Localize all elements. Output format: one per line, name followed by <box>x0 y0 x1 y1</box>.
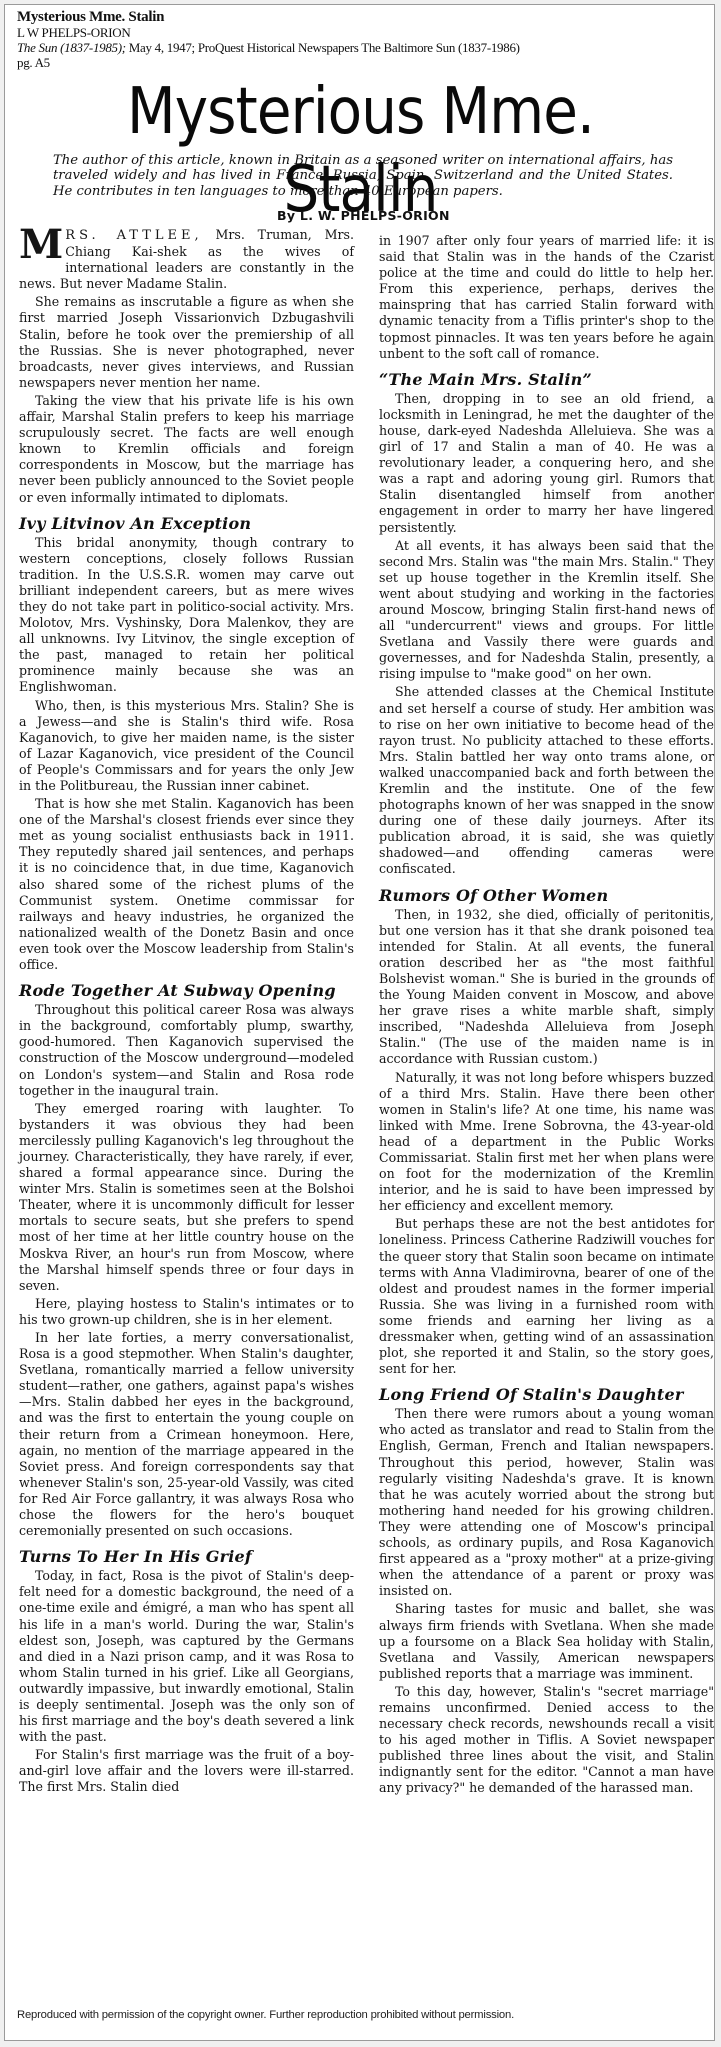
article-byline: By L. W. PHELPS-ORION <box>277 208 450 223</box>
document-page: Mysterious Mme. Stalin L W PHELPS-ORION … <box>4 4 715 2041</box>
article-column-right: in 1907 after only four years of married… <box>379 233 714 1799</box>
paragraph: Then there were rumors about a young wom… <box>379 1406 714 1599</box>
paragraph: That is how she met Stalin. Kaganovich h… <box>19 796 354 973</box>
paragraph: She remains as inscrutable a figure as w… <box>19 294 354 391</box>
lead-smallcaps: RS. ATTLEE, <box>65 228 202 243</box>
citation-author: L W PHELPS-ORION <box>17 25 520 40</box>
paragraph: Naturally, it was not long before whispe… <box>379 1070 714 1215</box>
paragraph: Then, dropping in to see an old friend, … <box>379 391 714 536</box>
article-column-left: MRS. ATTLEE, Mrs. Truman, Mrs. Chiang Ka… <box>19 227 354 1798</box>
subheading: Rode Together At Subway Opening <box>19 981 354 1000</box>
paragraph: To this day, however, Stalin's "secret m… <box>379 1684 714 1797</box>
citation-source: The Sun (1837-1985); May 4, 1947; ProQue… <box>17 40 520 55</box>
citation-title: Mysterious Mme. Stalin <box>17 9 520 25</box>
copyright-notice: Reproduced with permission of the copyri… <box>17 2009 514 2021</box>
paragraph: Here, playing hostess to Stalin's intima… <box>19 1296 354 1328</box>
paragraph: Who, then, is this mysterious Mrs. Stali… <box>19 698 354 795</box>
citation-page: pg. A5 <box>17 55 520 70</box>
subheading: “The Main Mrs. Stalin” <box>379 370 714 389</box>
paragraph: in 1907 after only four years of married… <box>379 233 714 362</box>
citation-source-details: May 4, 1947; ProQuest Historical Newspap… <box>126 40 520 55</box>
paragraph: Throughout this political career Rosa wa… <box>19 1002 354 1099</box>
lead-paragraph: MRS. ATTLEE, Mrs. Truman, Mrs. Chiang Ka… <box>19 227 354 292</box>
citation-block: Mysterious Mme. Stalin L W PHELPS-ORION … <box>17 9 520 70</box>
paragraph: For Stalin's first marriage was the frui… <box>19 1747 354 1795</box>
subheading: Ivy Litvinov An Exception <box>19 514 354 533</box>
paragraph: She attended classes at the Chemical Ins… <box>379 684 714 877</box>
article-headline: Mysterious Mme. Stalin <box>48 73 674 229</box>
paragraph: They emerged roaring with laughter. To b… <box>19 1101 354 1294</box>
subheading: Rumors Of Other Women <box>379 886 714 905</box>
paragraph: Today, in fact, Rosa is the pivot of Sta… <box>19 1568 354 1745</box>
subheading: Long Friend Of Stalin's Daughter <box>379 1385 714 1404</box>
drop-cap: M <box>19 229 63 261</box>
paragraph: Sharing tastes for music and ballet, she… <box>379 1601 714 1681</box>
paragraph: But perhaps these are not the best antid… <box>379 1216 714 1377</box>
paragraph: This bridal anonymity, though contrary t… <box>19 535 354 696</box>
subheading: Turns To Her In His Grief <box>19 1547 354 1566</box>
paragraph: At all events, it has always been said t… <box>379 538 714 683</box>
citation-source-name: The Sun (1837-1985); <box>17 40 126 55</box>
paragraph: Taking the view that his private life is… <box>19 393 354 506</box>
paragraph: In her late forties, a merry conversatio… <box>19 1330 354 1539</box>
paragraph: Then, in 1932, she died, officially of p… <box>379 907 714 1068</box>
article-deck: The author of this article, known in Bri… <box>53 153 673 199</box>
